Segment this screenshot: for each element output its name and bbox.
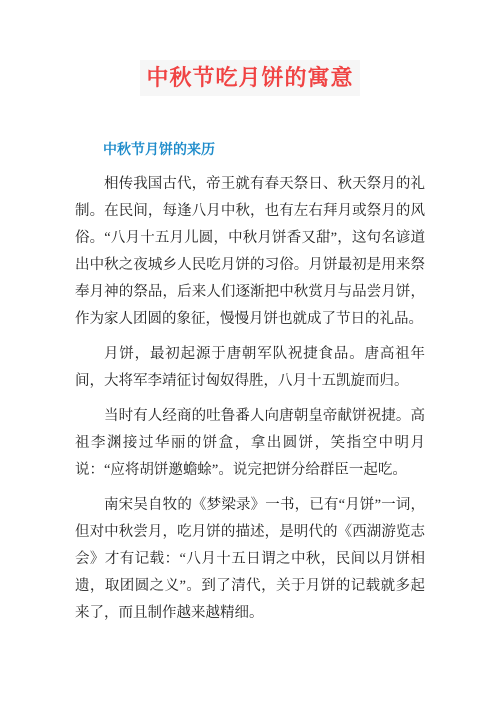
document-page: 中秋节吃月饼的寓意 中秋节月饼的来历 相传我国古代，帝王就有春天祭日、秋天祭月的…	[0, 0, 500, 708]
body-paragraph: 当时有人经商的吐鲁番人向唐朝皇帝献饼祝捷。高祖李渊接过华丽的饼盒，拿出圆饼，笑指…	[75, 403, 425, 484]
section-heading: 中秋节月饼的来历	[75, 136, 425, 163]
body-paragraph: 月饼，最初起源于唐朝军队祝捷食品。唐高祖年间，大将军李靖征讨匈奴得胜，八月十五凯…	[75, 341, 425, 395]
page-title: 中秋节吃月饼的寓意	[140, 60, 359, 96]
document-body: 中秋节月饼的来历 相传我国古代，帝王就有春天祭日、秋天祭月的礼制。在民间，每逢八…	[75, 136, 425, 627]
title-row: 中秋节吃月饼的寓意	[0, 0, 500, 96]
body-paragraph: 南宋吴自牧的《梦梁录》一书，已有“月饼”一词，但对中秋尝月，吃月饼的描述，是明代…	[75, 492, 425, 627]
body-paragraph: 相传我国古代，帝王就有春天祭日、秋天祭月的礼制。在民间，每逢八月中秋，也有左右拜…	[75, 171, 425, 333]
